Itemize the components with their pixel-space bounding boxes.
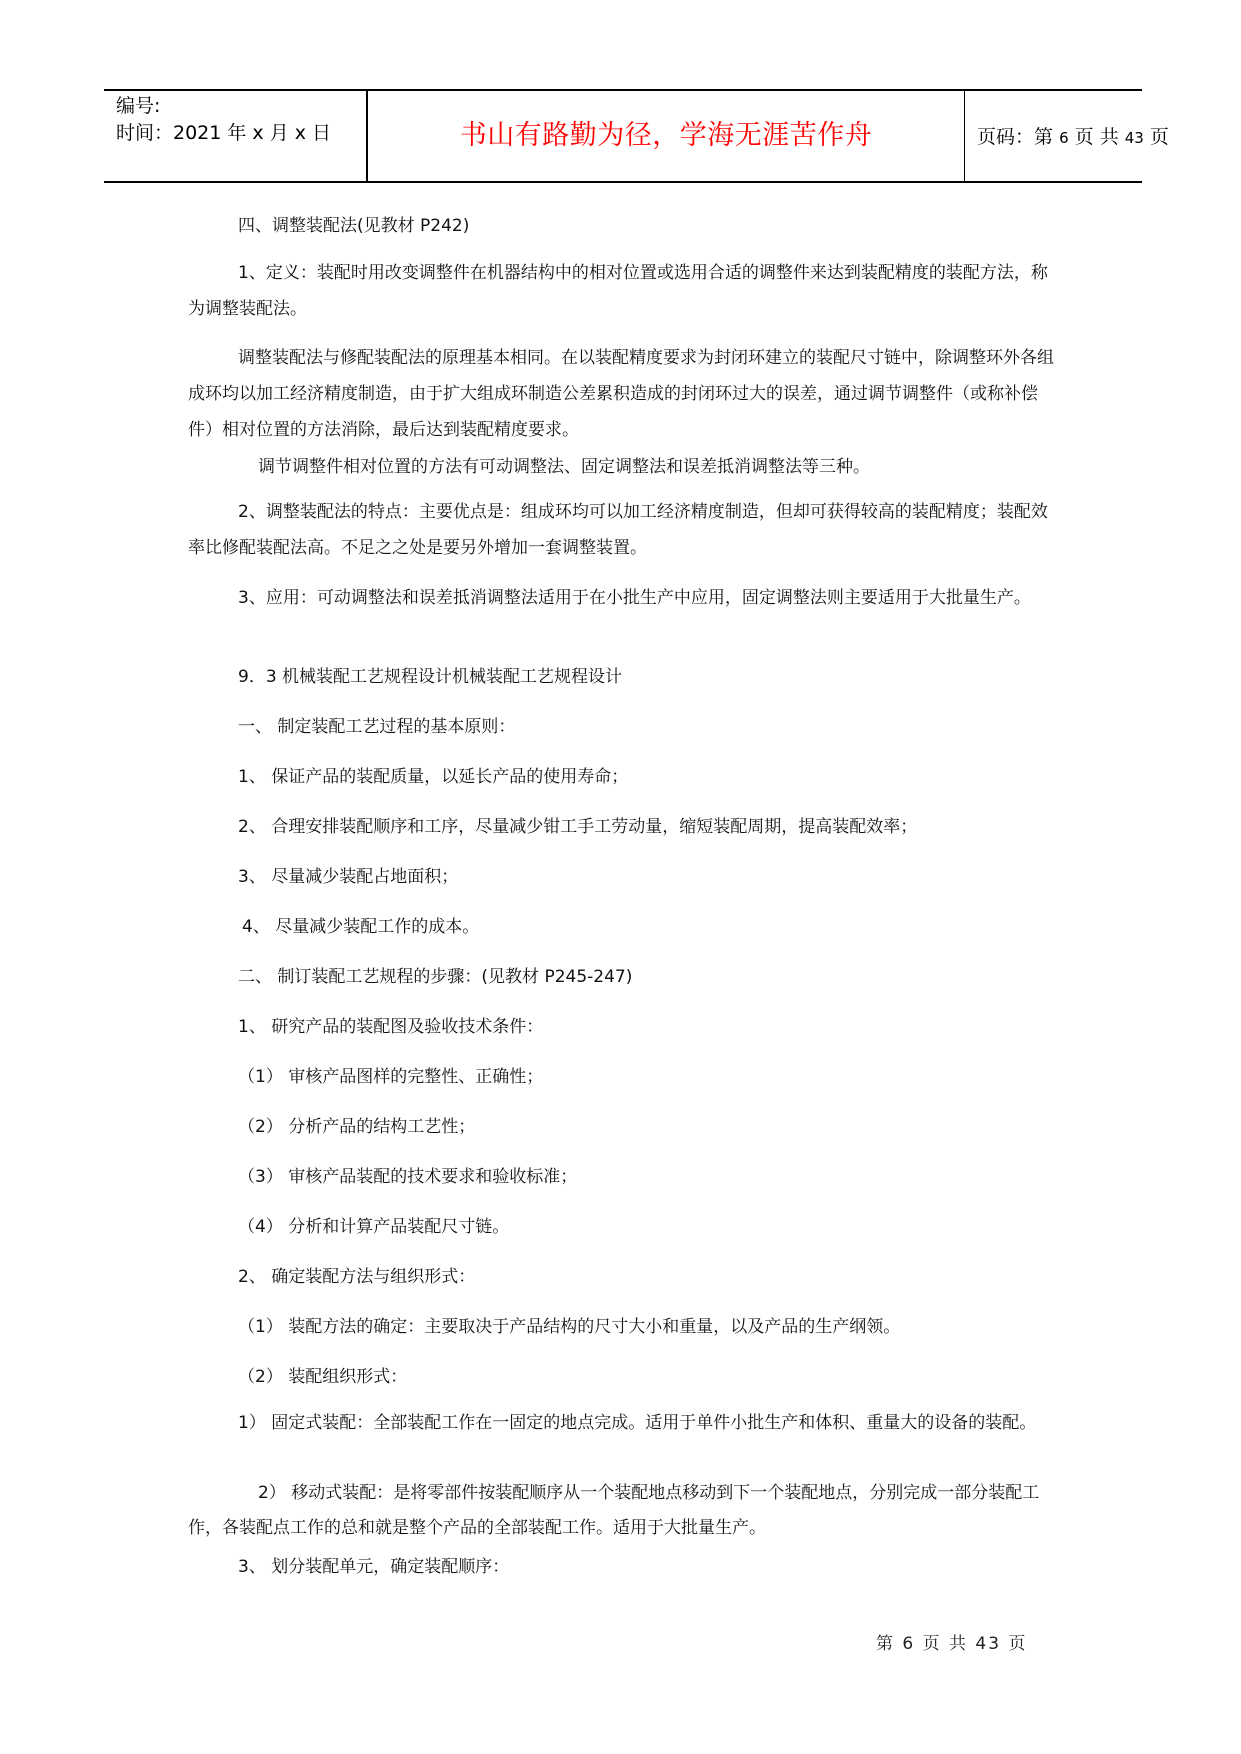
section-heading-4: 四、调整装配法(见教材 P242)	[238, 215, 469, 237]
step-sub-item-1: （1） 审核产品图样的完整性、正确性；	[238, 1066, 543, 1088]
header-page-cell: 页码：第 6 页 共 43 页	[965, 91, 1142, 181]
section-heading-9-3: 9．3 机械装配工艺规程设计机械装配工艺规程设计	[238, 666, 622, 688]
paragraph-methods: 调节调整件相对位置的方法有可动调整法、固定调整法和误差抵消调整法等三种。	[258, 456, 870, 478]
principle-item-1: 1、 保证产品的装配质量，以延长产品的使用寿命；	[238, 766, 628, 788]
principle-item-2: 2、 合理安排装配顺序和工序，尽量减少钳工手工劳动量，缩短装配周期，提高装配效率…	[238, 816, 917, 838]
time-label: 时间：2021 年 x 月 x 日	[116, 122, 331, 144]
step-item-1: 1、 研究产品的装配图及验收技术条件：	[238, 1016, 543, 1038]
paragraph-principle: 调整装配法与修配装配法的原理基本相同。在以装配精度要求为封闭环建立的装配尺寸链中…	[188, 340, 1054, 448]
moving-assembly-paragraph: 2） 移动式装配：是将零部件按装配顺序从一个装配地点移动到下一个装配地点，分别完…	[188, 1476, 1054, 1546]
step-sub-item-3: （3） 审核产品装配的技术要求和验收标准；	[238, 1166, 577, 1188]
step-sub-item-2: （2） 分析产品的结构工艺性；	[238, 1116, 475, 1138]
fixed-assembly-paragraph: 1） 固定式装配：全部装配工作在一固定的地点完成。适用于单件小批生产和体积、重量…	[188, 1406, 1054, 1441]
page-current: 6	[1059, 129, 1069, 147]
page-mid: 页 共	[1075, 126, 1119, 148]
step-item-3: 3、 划分装配单元，确定装配顺序：	[238, 1556, 509, 1578]
page-prefix: 页码：第	[977, 126, 1053, 148]
principle-item-4: 4、 尽量减少装配工作的成本。	[242, 916, 479, 938]
header-page-number: 页码：第 6 页 共 43 页	[977, 126, 1169, 149]
header-motto-cell: 书山有路勤为径，学海无涯苦作舟	[368, 91, 965, 181]
page-suffix: 页	[1150, 126, 1169, 148]
paragraph-features: 2、调整装配法的特点：主要优点是：组成环均可以加工经济精度制造，但却可获得较高的…	[188, 494, 1054, 566]
step-2-sub-item-2: （2） 装配组织形式：	[238, 1366, 407, 1388]
section-heading-steps: 二、 制订装配工艺规程的步骤：(见教材 P245-247)	[238, 966, 632, 988]
paragraph-definition: 1、定义：装配时用改变调整件在机器结构中的相对位置或选用合适的调整件来达到装配精…	[188, 255, 1054, 327]
motto-text: 书山有路勤为径，学海无涯苦作舟	[368, 119, 964, 153]
page-total: 43	[1125, 129, 1144, 147]
page-footer-number: 第 6 页 共 43 页	[876, 1634, 1027, 1654]
step-2-sub-item-1: （1） 装配方法的确定：主要取决于产品结构的尺寸大小和重量，以及产品的生产纲领。	[238, 1316, 900, 1338]
serial-number-label: 编号:	[116, 95, 160, 117]
page-header: 编号: 时间：2021 年 x 月 x 日 书山有路勤为径，学海无涯苦作舟 页码…	[104, 89, 1142, 183]
step-sub-item-4: （4） 分析和计算产品装配尺寸链。	[238, 1216, 509, 1238]
step-item-2: 2、 确定装配方法与组织形式：	[238, 1266, 475, 1288]
paragraph-application: 3、应用：可动调整法和误差抵消调整法适用于在小批生产中应用，固定调整法则主要适用…	[188, 580, 1054, 616]
header-info-cell: 编号: 时间：2021 年 x 月 x 日	[104, 91, 368, 181]
principle-item-3: 3、 尽量减少装配占地面积；	[238, 866, 458, 888]
section-heading-principles: 一、 制定装配工艺过程的基本原则：	[238, 716, 515, 738]
